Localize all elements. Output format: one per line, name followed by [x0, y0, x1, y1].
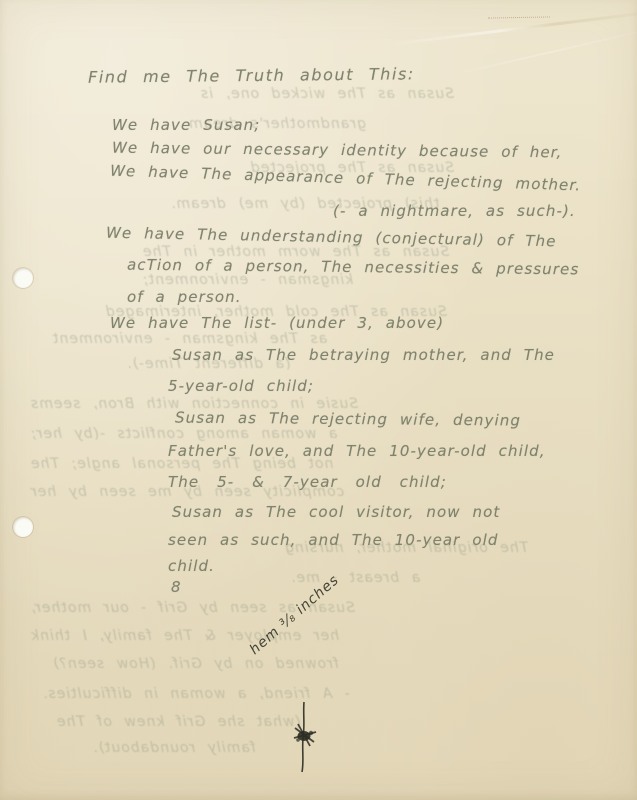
bleedthrough-line: a woman among conflicts -(by her; [30, 426, 337, 442]
handwritten-line: Father's love, and The 10-year-old child… [168, 442, 546, 460]
punch-hole-top [13, 268, 33, 288]
handwritten-line: 8 [171, 578, 182, 596]
ink-blot-mark [286, 700, 324, 774]
handwritten-line: We have The appearance of The rejecting … [110, 162, 582, 195]
paper-crease [440, 27, 637, 78]
handwritten-line: acTion of a person, The necessities & pr… [127, 256, 579, 279]
handwritten-line: 5-year-old child; [168, 377, 314, 395]
punch-hole-bottom [13, 517, 33, 537]
bleedthrough-line: as The kingsman - environment [52, 331, 327, 347]
scanned-paper-page: Susan as The wicked one, is grandmother'… [0, 0, 637, 800]
bleedthrough-line: a breast - me. [290, 570, 420, 586]
handwritten-line: We have The understanding (conjectural) … [106, 224, 557, 251]
bleedthrough-line: family roundabout). [92, 740, 256, 756]
bleedthrough-line: frowned on by Grif. (How seen?) [52, 656, 339, 672]
margin-annotation-ink: hem ³⁄₈ inches [247, 572, 343, 658]
handwritten-line: The 5- & 7-year old child; [168, 473, 447, 491]
handwritten-line: seen as such, and The 10-year old [168, 531, 499, 549]
note-title-line: Find me The Truth about This: [88, 64, 415, 86]
handwritten-line: Susan as The cool visitor, now not [172, 503, 500, 521]
handwritten-line: (- a nightmare, as such-). [333, 202, 576, 220]
paper-crease [388, 9, 637, 46]
handwritten-line: of a person. [127, 288, 242, 306]
handwritten-line: Susan as The betraying mother, and The [172, 346, 555, 364]
handwritten-line: We have Susan; [112, 116, 260, 134]
bleedthrough-line: (what she Grif knew of The [56, 714, 301, 730]
bleedthrough-line: Susan as The wicked one, is [200, 86, 454, 102]
handwritten-line: We have The list- (under 3, above) [110, 314, 444, 332]
bleedthrough-line: her employer & The family, I think [30, 628, 339, 644]
handwritten-line: child. [168, 557, 215, 575]
handwritten-line: We have our necessary identity because o… [112, 139, 563, 162]
faint-pencil-marks [488, 16, 550, 22]
handwritten-line: Susan as The rejecting wife, denying [175, 408, 521, 429]
